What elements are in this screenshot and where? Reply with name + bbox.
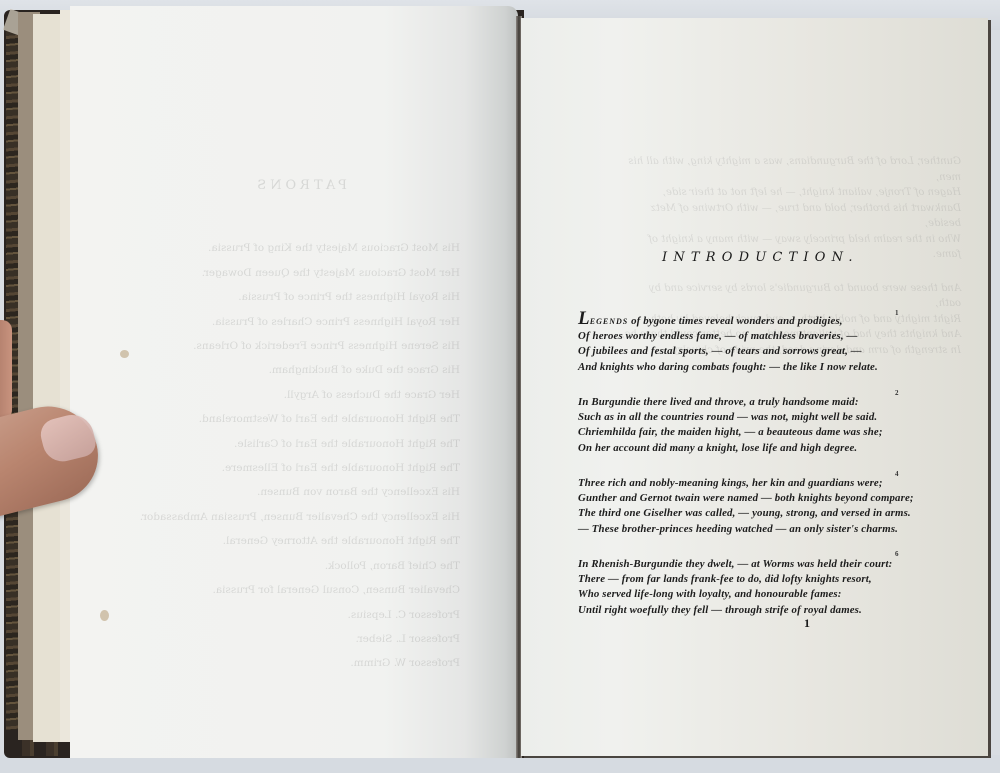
- showthrough-line: Chevalier Bunsen, Consul General for Pru…: [100, 578, 460, 602]
- showthrough-line: His Serene Highness Prince Frederick of …: [100, 334, 460, 358]
- verse-line: Until right woefully they fell — through…: [578, 603, 918, 618]
- stanza: In Burgundie there lived and throve, a t…: [578, 395, 918, 456]
- verse-line: Legends of bygone times reveal wonders a…: [578, 314, 918, 329]
- showthrough-line: His Most Gracious Majesty the King of Pr…: [100, 236, 460, 260]
- showthrough-line: Professor W. Grimm.: [100, 651, 460, 675]
- verse-line: — These brother-princes heeding watched …: [578, 522, 918, 537]
- verse-line: Such as in all the countries round — was…: [578, 410, 918, 425]
- left-page[interactable]: PATRONS His Most Gracious Majesty the Ki…: [70, 6, 518, 758]
- drop-cap: L: [578, 308, 590, 329]
- verse-line: Chriemhilda fair, the maiden hight, — a …: [578, 425, 918, 440]
- showthrough-line: The Right Honourable the Earl of Ellesme…: [100, 456, 460, 480]
- verse-line: Of heroes worthy endless fame, — of matc…: [578, 329, 918, 344]
- showthrough-text: PATRONS His Most Gracious Majesty the Ki…: [100, 174, 460, 676]
- showthrough-line: The Right Honourable the Attorney Genera…: [100, 529, 460, 553]
- verse-line: Gunther and Gernot twain were named — bo…: [578, 491, 918, 506]
- verse-line: And knights who daring combats fought: —…: [578, 360, 918, 375]
- page-number: 1: [804, 616, 810, 631]
- showthrough-line: Her Royal Highness Prince Charles of Pru…: [100, 310, 460, 334]
- hand-finger: [0, 320, 12, 420]
- showthrough-line: The Chief Baron, Pollock.: [100, 554, 460, 578]
- stanza: Legends of bygone times reveal wonders a…: [578, 314, 918, 375]
- showthrough-line: Gunther, Lord of the Burgundians, was a …: [621, 154, 961, 185]
- showthrough-line: His Excellency the Baron von Bunsen.: [100, 480, 460, 504]
- showthrough-line: And these were bound to Burgundie's lord…: [621, 281, 961, 312]
- showthrough-line: His Royal Highness the Prince of Prussia…: [100, 285, 460, 309]
- stanza: In Rhenish-Burgundie they dwelt, — at Wo…: [578, 557, 918, 618]
- smallcaps-word: egends: [590, 315, 628, 327]
- verse-line: On her account did many a knight, lose l…: [578, 441, 918, 456]
- showthrough-line: The Right Honourable the Earl of Carlisl…: [100, 432, 460, 456]
- verse-line: There — from far lands frank-fee to do, …: [578, 572, 918, 587]
- showthrough-title: PATRONS: [100, 174, 460, 198]
- showthrough-line: Hagen of Tronje, valiant knight, — he le…: [621, 185, 961, 201]
- foxing-spot: [120, 350, 129, 358]
- showthrough-line: Her Grace the Duchess of Argyll.: [100, 383, 460, 407]
- verse-line: Who served life-long with loyalty, and h…: [578, 587, 918, 602]
- verse-line: In Rhenish-Burgundie they dwelt, — at Wo…: [578, 557, 918, 572]
- verse-line: Three rich and nobly-meaning kings, her …: [578, 476, 918, 491]
- foxing-spot: [100, 610, 109, 621]
- right-page[interactable]: Gunther, Lord of the Burgundians, was a …: [521, 18, 988, 756]
- verse-text: of bygone times reveal wonders and prodi…: [628, 315, 842, 327]
- verse-line: The third one Giselher was called, — you…: [578, 506, 918, 521]
- verse-line: In Burgundie there lived and throve, a t…: [578, 395, 918, 410]
- verse-line: Of jubilees and festal sports, — of tear…: [578, 344, 918, 359]
- showthrough-line: Her Most Gracious Majesty the Queen Dowa…: [100, 261, 460, 285]
- stanza: Three rich and nobly-meaning kings, her …: [578, 476, 918, 537]
- showthrough-line: Professor L. Sieber.: [100, 627, 460, 651]
- flyleaf: 5/: [33, 14, 62, 742]
- showthrough-line: His Excellency the Chevalier Bunsen, Pru…: [100, 505, 460, 529]
- showthrough-line: Professor C. Lepsius.: [100, 603, 460, 627]
- showthrough-line: The Right Honourable the Earl of Westmor…: [100, 407, 460, 431]
- showthrough-line: Dankwart his brother, bold and true, — w…: [621, 201, 961, 232]
- showthrough-line: His Grace the Duke of Buckingham.: [100, 358, 460, 382]
- chapter-title: INTRODUCTION.: [662, 250, 862, 265]
